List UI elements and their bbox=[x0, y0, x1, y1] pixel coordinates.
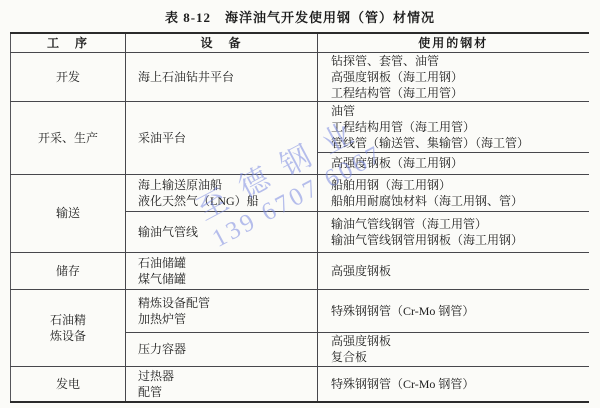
steel-item: 特殊钢钢管（Cr-Mo 钢管） bbox=[331, 303, 589, 319]
steel-item: 油管 bbox=[331, 103, 589, 119]
steel-cell: 船舶用钢（海工用钢） 船舶用耐腐蚀材料（海工用钢、管） bbox=[318, 174, 589, 211]
steel-cell: 特殊钢钢管（Cr-Mo 钢管） bbox=[318, 366, 589, 402]
equipment-label: 压力容器 bbox=[138, 341, 317, 357]
steel-item: 输油气管线钢管（海工用管） bbox=[331, 216, 589, 232]
steel-item: 高强度钢板（海工用钢） bbox=[331, 155, 589, 171]
steel-item: 工程结构用管（海工用管） bbox=[331, 119, 589, 135]
equipment-cell: 石油储罐 煤气储罐 bbox=[126, 252, 318, 289]
equipment-label: 石油储罐 bbox=[138, 255, 317, 271]
steel-cell: 高强度钢板 复合板 bbox=[318, 332, 589, 366]
equipment-label: 过热器 bbox=[138, 368, 317, 384]
equipment-cell: 海上石油钻井平台 bbox=[126, 52, 318, 101]
steel-item: 特殊钢钢管（Cr-Mo 钢管） bbox=[331, 376, 589, 392]
process-label: 开采、生产 bbox=[11, 130, 125, 146]
steel-cell: 高强度钢板 bbox=[318, 252, 589, 289]
steel-item: 高强度钢板 bbox=[331, 333, 589, 349]
steel-item: 高强度钢板 bbox=[331, 263, 589, 279]
document-page: 表 8-12 海洋油气开发使用钢（管）材情况 工 序 设 备 使用的钢材 开发 … bbox=[0, 0, 600, 408]
steel-item: 高强度钢板（海工用钢） bbox=[331, 69, 589, 85]
table-row: 开采、生产 采油平台 油管 工程结构用管（海工用管） 管线管（输送管、集输管）（… bbox=[11, 101, 589, 152]
equipment-label: 液化天然气（LNG）船 bbox=[138, 193, 317, 209]
process-cell: 输送 bbox=[11, 174, 126, 252]
process-label: 石油精 bbox=[11, 312, 125, 328]
steel-item: 船舶用耐腐蚀材料（海工用钢、管） bbox=[331, 193, 589, 209]
equipment-label: 海上输送原油船 bbox=[138, 177, 317, 193]
steel-cell: 油管 工程结构用管（海工用管） 管线管（输送管、集输管）（海工管） bbox=[318, 101, 589, 152]
equipment-cell: 海上输送原油船 液化天然气（LNG）船 bbox=[126, 174, 318, 211]
equipment-label: 精炼设备配管 bbox=[138, 295, 317, 311]
steel-cell: 输油气管线钢管（海工用管） 输油气管线钢管用钢板（海工用钢） bbox=[318, 211, 589, 252]
equipment-cell: 压力容器 bbox=[126, 332, 318, 366]
header-equipment: 设 备 bbox=[126, 33, 318, 52]
process-label: 发电 bbox=[11, 376, 125, 392]
equipment-cell: 输油气管线 bbox=[126, 211, 318, 252]
header-process: 工 序 bbox=[11, 33, 126, 52]
steel-item: 船舶用钢（海工用钢） bbox=[331, 177, 589, 193]
process-label: 炼设备 bbox=[11, 328, 125, 344]
process-cell: 发电 bbox=[11, 366, 126, 402]
process-cell: 储存 bbox=[11, 252, 126, 289]
process-label: 开发 bbox=[11, 69, 125, 85]
equipment-cell: 采油平台 bbox=[126, 101, 318, 174]
steel-item: 输油气管线钢管用钢板（海工用钢） bbox=[331, 232, 589, 248]
steel-cell: 钻探管、套管、油管 高强度钢板（海工用钢） 工程结构管（海工用管） bbox=[318, 52, 589, 101]
steel-usage-table: 工 序 设 备 使用的钢材 开发 海上石油钻井平台 钻探管、套管、油管 高强度钢… bbox=[10, 32, 589, 403]
equipment-label: 煤气储罐 bbox=[138, 271, 317, 287]
table-title: 表 8-12 海洋油气开发使用钢（管）材情况 bbox=[0, 0, 600, 26]
process-label: 储存 bbox=[11, 263, 125, 279]
table-row: 输送 海上输送原油船 液化天然气（LNG）船 船舶用钢（海工用钢） 船舶用耐腐蚀… bbox=[11, 174, 589, 211]
process-cell: 石油精 炼设备 bbox=[11, 289, 126, 366]
equipment-label: 加热炉管 bbox=[138, 311, 317, 327]
steel-item: 工程结构管（海工用管） bbox=[331, 85, 589, 101]
table-row: 储存 石油储罐 煤气储罐 高强度钢板 bbox=[11, 252, 589, 289]
process-label: 输送 bbox=[11, 205, 125, 221]
equipment-cell: 精炼设备配管 加热炉管 bbox=[126, 289, 318, 332]
equipment-cell: 过热器 配管 bbox=[126, 366, 318, 402]
steel-cell: 特殊钢钢管（Cr-Mo 钢管） bbox=[318, 289, 589, 332]
equipment-label: 配管 bbox=[138, 384, 317, 400]
table-row: 开发 海上石油钻井平台 钻探管、套管、油管 高强度钢板（海工用钢） 工程结构管（… bbox=[11, 52, 589, 101]
table-row: 发电 过热器 配管 特殊钢钢管（Cr-Mo 钢管） bbox=[11, 366, 589, 402]
table-header-row: 工 序 设 备 使用的钢材 bbox=[11, 33, 589, 52]
process-cell: 开采、生产 bbox=[11, 101, 126, 174]
table-row: 石油精 炼设备 精炼设备配管 加热炉管 特殊钢钢管（Cr-Mo 钢管） bbox=[11, 289, 589, 332]
steel-item: 钻探管、套管、油管 bbox=[331, 53, 589, 69]
steel-item: 管线管（输送管、集输管）（海工管） bbox=[331, 135, 589, 151]
process-cell: 开发 bbox=[11, 52, 126, 101]
steel-cell: 高强度钢板（海工用钢） bbox=[318, 152, 589, 174]
header-steel: 使用的钢材 bbox=[318, 33, 589, 52]
steel-item: 复合板 bbox=[331, 349, 589, 365]
equipment-label: 海上石油钻井平台 bbox=[138, 69, 317, 85]
equipment-label: 采油平台 bbox=[138, 130, 317, 146]
equipment-label: 输油气管线 bbox=[138, 224, 317, 240]
